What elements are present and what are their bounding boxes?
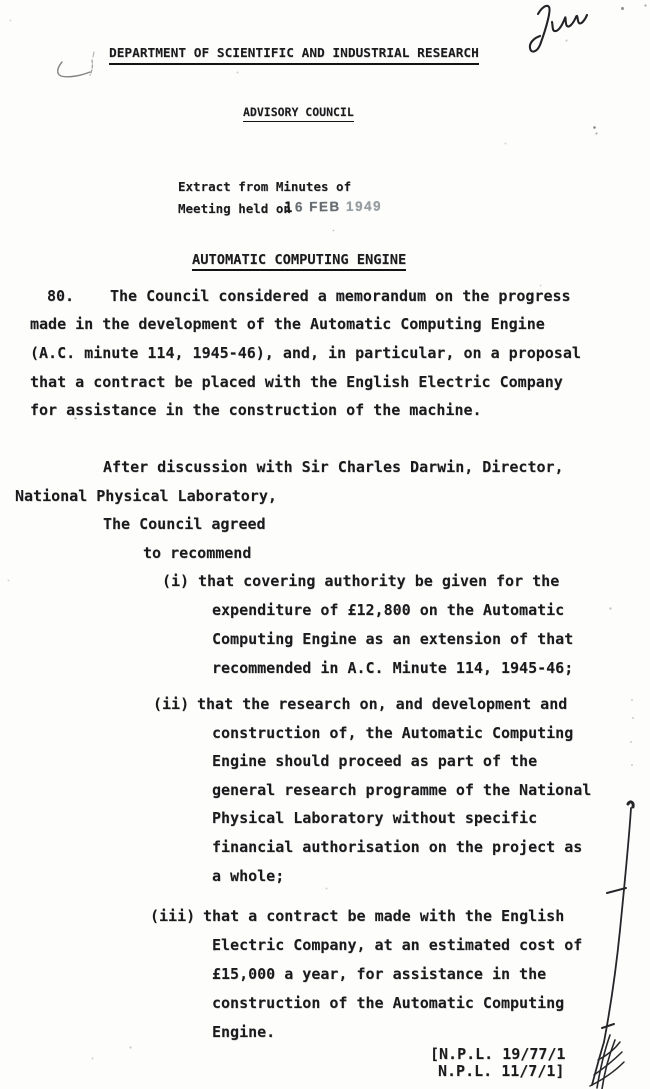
meeting-typed-digit: 1 [284, 200, 292, 216]
extract-line: Extract from Minutes of [178, 179, 351, 195]
right-margin-stroke-mark [580, 690, 650, 1089]
para-line: (A.C. minute 114, 1945-46), and, in part… [30, 345, 581, 361]
item-line: that a contract be made with the English [203, 908, 564, 924]
item-line: Computing Engine as an extension of that [212, 631, 573, 647]
item-line: Engine should proceed as part of the [212, 753, 537, 769]
pencil-margin-mark [50, 48, 110, 88]
section-heading-text: AUTOMATIC COMPUTING ENGINE [192, 252, 406, 271]
department-title: DEPARTMENT OF SCIENTIFIC AND INDUSTRIAL … [109, 46, 479, 62]
item-line: expenditure of £12,800 on the Automatic [212, 602, 564, 618]
para-line: The Council considered a memorandum on t… [110, 288, 571, 304]
reference-line-1: [N.P.L. 19/77/1 [430, 1046, 565, 1062]
preamble-line: The Council agreed [103, 516, 266, 532]
date-stamp: 6 FEB 1949 [295, 199, 382, 215]
item-line: general research programme of the Nation… [212, 782, 591, 798]
reference-line-2: N.P.L. 11/7/1] [438, 1063, 564, 1079]
preamble-line: to recommend [143, 545, 251, 561]
para-number: 80. [47, 288, 74, 304]
advisory-council-text: ADVISORY COUNCIL [243, 105, 354, 122]
item-line: a whole; [212, 868, 284, 884]
preamble-line: National Physical Laboratory, [15, 488, 277, 504]
item-line: construction of the Automatic Computing [212, 995, 564, 1011]
item-label: (ii) [153, 696, 189, 712]
para-line: that a contract be placed with the Engli… [30, 374, 563, 390]
item-line: Engine. [212, 1024, 275, 1040]
item-line: recommended in A.C. Minute 114, 1945-46; [212, 660, 573, 676]
item-line: Electric Company, at an estimated cost o… [212, 937, 582, 953]
item-line: that covering authority be given for the [198, 573, 559, 589]
item-line: £15,000 a year, for assistance in the [212, 966, 546, 982]
item-line: that the research on, and development an… [197, 696, 567, 712]
item-line: financial authorisation on the project a… [212, 839, 582, 855]
preamble-line: After discussion with Sir Charles Darwin… [103, 459, 564, 475]
item-label: (iii) [150, 908, 195, 924]
department-title-text: DEPARTMENT OF SCIENTIFIC AND INDUSTRIAL … [109, 46, 479, 65]
item-label: (i) [162, 573, 189, 589]
meeting-line-prefix: Meeting held on [178, 201, 291, 217]
para-line: for assistance in the construction of th… [30, 402, 482, 418]
handwritten-initials-mark [520, 0, 600, 60]
section-heading: AUTOMATIC COMPUTING ENGINE [192, 252, 406, 268]
date-stamp-year: 1949 [346, 199, 382, 214]
advisory-council-title: ADVISORY COUNCIL [243, 104, 354, 120]
paper-specks [0, 0, 1, 1]
item-line: construction of, the Automatic Computing [212, 725, 573, 741]
date-stamp-day-month: 6 FEB [295, 199, 346, 215]
para-line: made in the development of the Automatic… [30, 316, 545, 332]
document-page: DEPARTMENT OF SCIENTIFIC AND INDUSTRIAL … [0, 0, 650, 1089]
item-line: Physical Laboratory without specific [212, 810, 537, 826]
